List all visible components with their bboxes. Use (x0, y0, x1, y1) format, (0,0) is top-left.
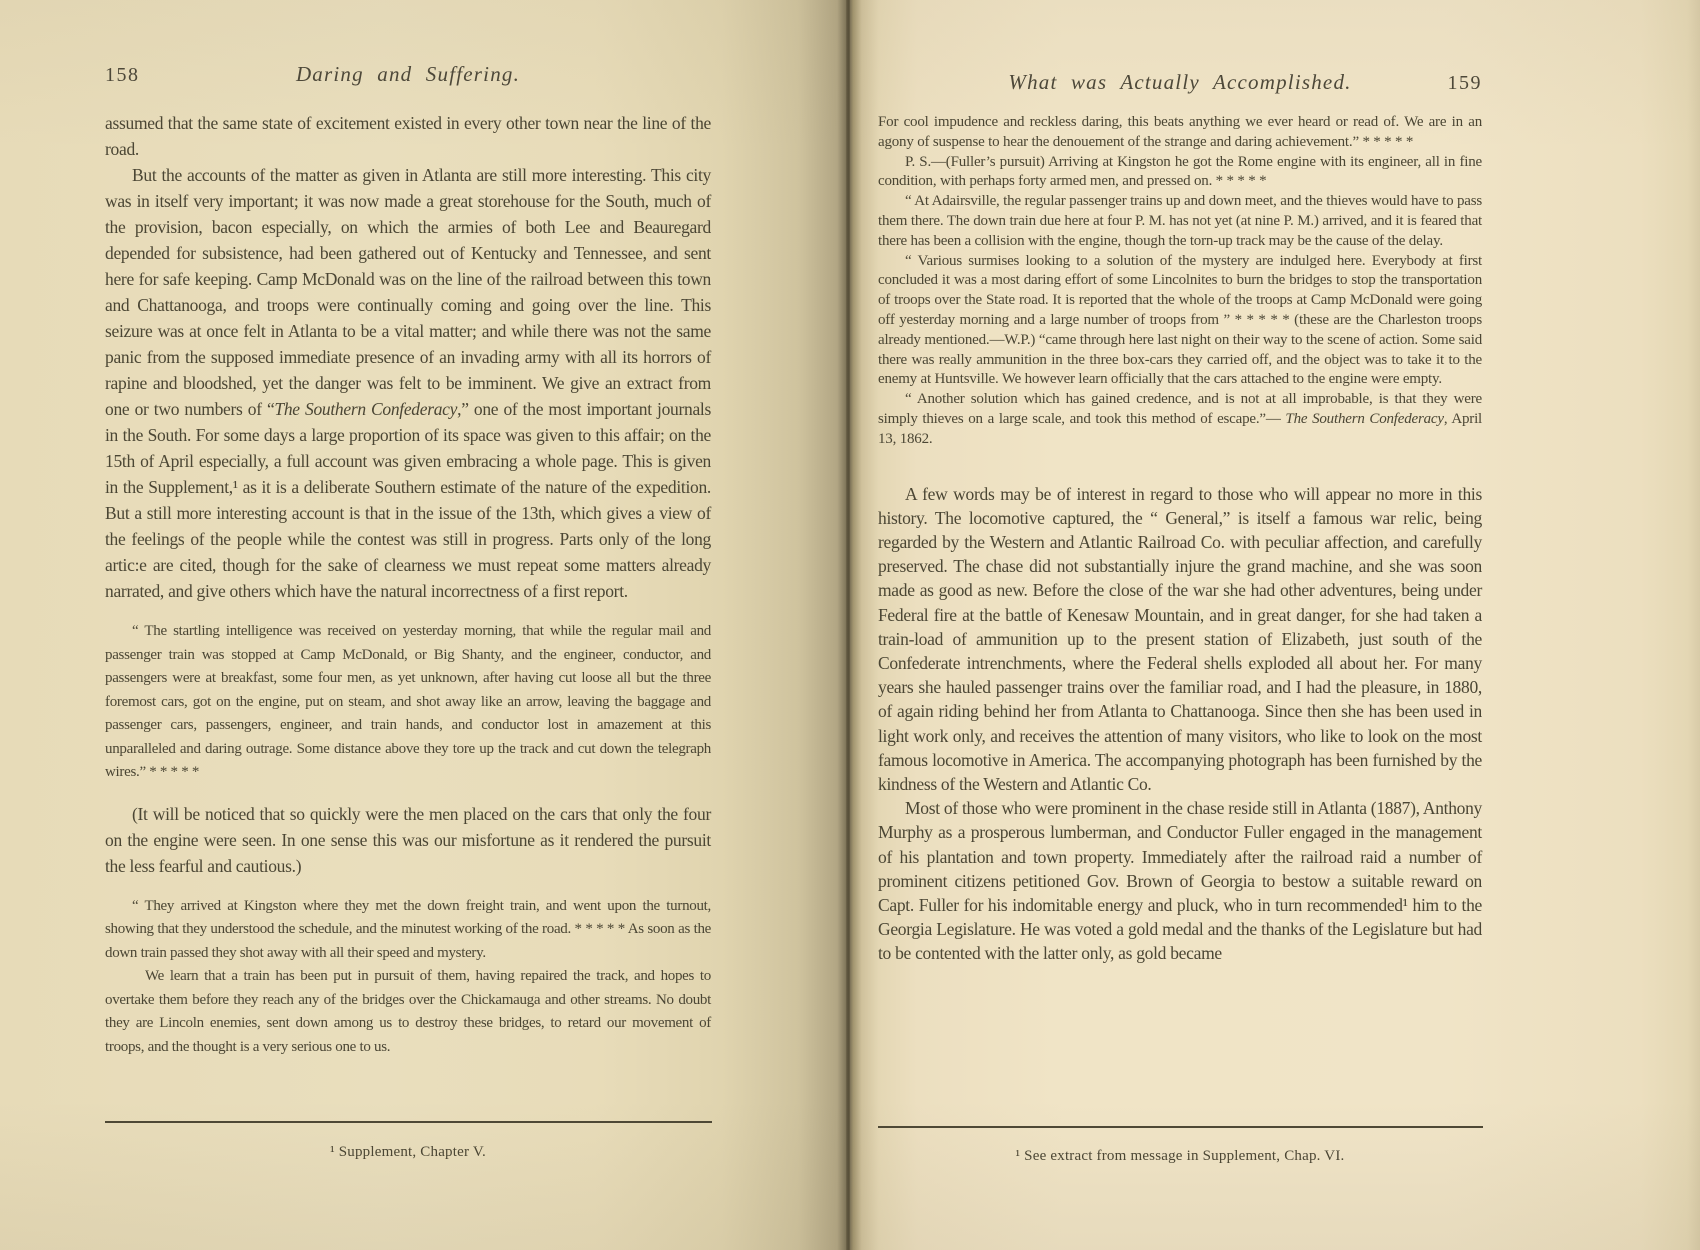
text-run: “ Various surmises looking to a solution… (878, 253, 1482, 388)
text-run: “ The startling intelligence was receive… (105, 623, 711, 780)
page-number-right: 159 (1448, 72, 1483, 95)
running-title-left: Daring and Suffering. (105, 62, 711, 87)
text-run: P. S.—(Fuller’s pursuit) Arriving at Kin… (878, 154, 1482, 190)
footnote-left: ¹ Supplement, Chapter V. (105, 1144, 711, 1161)
body-paragraph: A few words may be of interest in regard… (878, 482, 1482, 797)
book-spread: 158 Daring and Suffering. What was Actua… (0, 0, 1700, 1250)
quote-paragraph: “ At Adairsville, the regular passenger … (878, 192, 1482, 251)
quote-paragraph: For cool impudence and reckless daring, … (878, 113, 1482, 153)
quote-paragraph: “ Various surmises looking to a solution… (878, 252, 1482, 391)
page-header-left: 158 Daring and Suffering. (105, 62, 711, 98)
text-run: Most of those who were prominent in the … (878, 798, 1482, 963)
quote-paragraph: We learn that a train has been put in pu… (105, 965, 711, 1059)
footnote-right: ¹ See extract from message in Supplement… (878, 1148, 1482, 1165)
body-paragraph: But the accounts of the matter as given … (105, 162, 711, 604)
text-run: “ At Adairsville, the regular passenger … (878, 193, 1482, 249)
quote-paragraph: “ They arrived at Kingston where they me… (105, 895, 711, 966)
book-gutter (846, 0, 850, 1250)
body-paragraph: Most of those who were prominent in the … (878, 796, 1482, 965)
page-body-right: For cool impudence and reckless daring, … (878, 113, 1482, 966)
page-header-right: What was Actually Accomplished. 159 (878, 70, 1482, 106)
body-paragraph: assumed that the same state of excitemen… (105, 110, 711, 162)
text-run: A few words may be of interest in regard… (878, 484, 1482, 794)
text-run: For cool impudence and reckless daring, … (878, 114, 1482, 150)
body-paragraph: (It will be noticed that so quickly were… (105, 801, 711, 879)
text-run: (It will be noticed that so quickly were… (105, 804, 711, 876)
footnote-rule-left (105, 1121, 712, 1123)
quote-paragraph: P. S.—(Fuller’s pursuit) Arriving at Kin… (878, 153, 1482, 193)
italic-text: The Southern Confederacy (1285, 411, 1443, 427)
italic-text: The Southern Confederacy (274, 399, 457, 419)
running-title-right: What was Actually Accomplished. (878, 70, 1482, 95)
text-run: ,” one of the most important journals in… (105, 399, 711, 601)
page-number-left: 158 (105, 64, 140, 87)
quote-paragraph: “ Another solution which has gained cred… (878, 390, 1482, 449)
footnote-rule-right (878, 1126, 1483, 1128)
quote-paragraph: “ The startling intelligence was receive… (105, 620, 711, 785)
page-body-left: assumed that the same state of excitemen… (105, 110, 711, 1059)
text-run: We learn that a train has been put in pu… (105, 968, 711, 1055)
text-run: assumed that the same state of excitemen… (105, 113, 711, 159)
text-run: “ They arrived at Kingston where they me… (105, 898, 711, 961)
text-run: But the accounts of the matter as given … (105, 165, 711, 419)
